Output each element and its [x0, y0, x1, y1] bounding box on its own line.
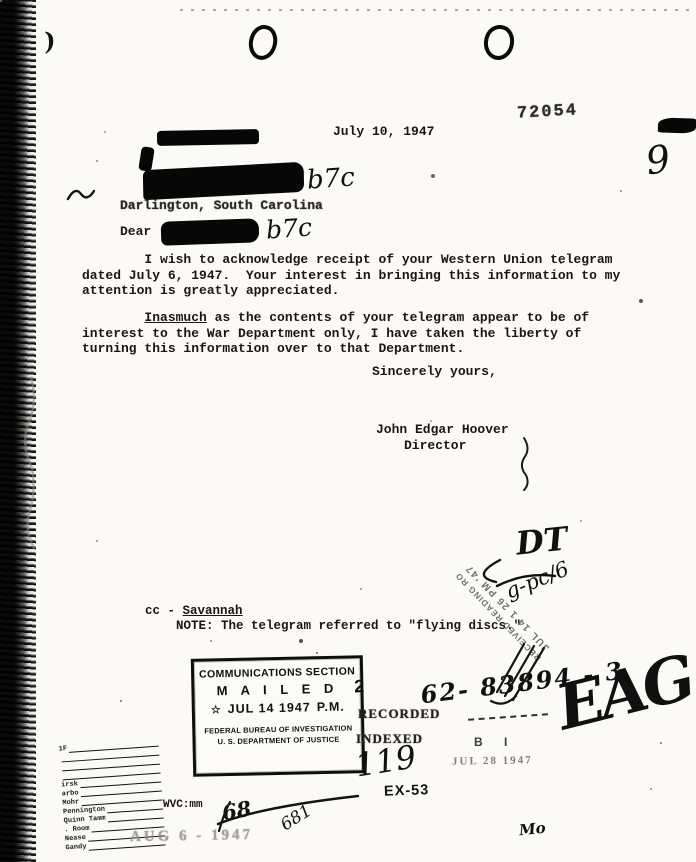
check-swoosh-mark — [68, 191, 94, 199]
signature-side-squiggle — [522, 438, 528, 490]
scanned-letter-page: ) July 10, 1947 72054 9 b7c Darlington, … — [0, 0, 696, 862]
bottom-long-pen-stroke — [218, 796, 358, 824]
bottom-short-pen-stroke — [219, 802, 230, 831]
scrawl-over-file-number — [491, 644, 544, 704]
ink-scribbles-overlay — [0, 0, 696, 862]
margin-vertical-scribble — [25, 378, 34, 548]
dt-underline-flourish — [484, 560, 555, 586]
